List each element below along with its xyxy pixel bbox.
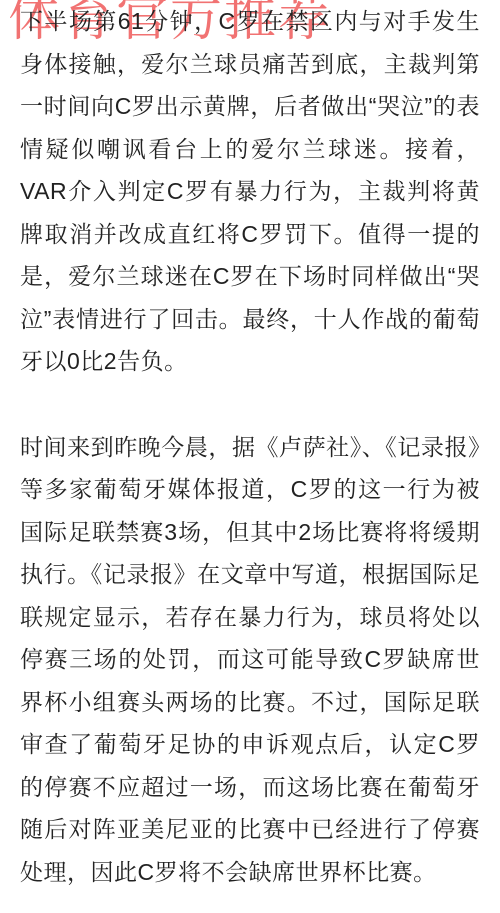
article-paragraph: 时间来到昨晚今晨，据《卢萨社》、《记录报》等多家葡萄牙媒体报道，C罗的这一行为被… — [20, 426, 480, 894]
article-paragraph: 下半场第61分钟，C罗在禁区内与对手发生身体接触，爱尔兰球员痛苦到底，主裁判第一… — [20, 0, 480, 383]
article-body: 下半场第61分钟，C罗在禁区内与对手发生身体接触，爱尔兰球员痛苦到底，主裁判第一… — [0, 0, 500, 893]
